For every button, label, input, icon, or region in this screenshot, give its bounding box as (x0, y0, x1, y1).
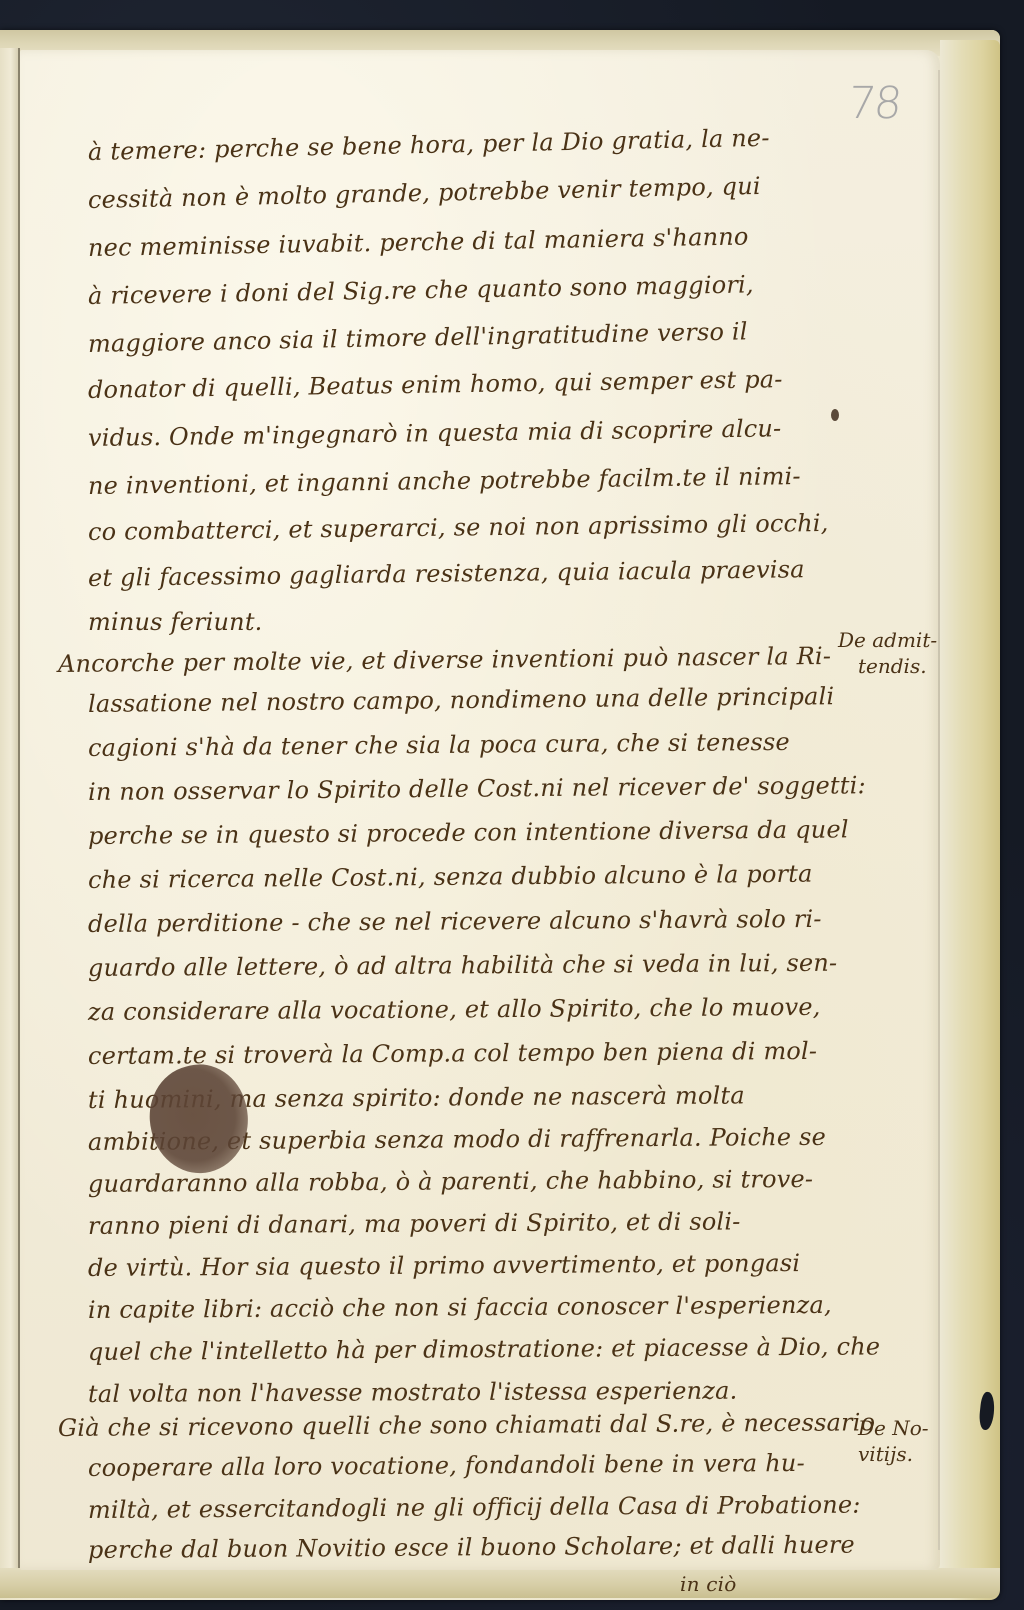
catchword: in ciò (680, 1572, 736, 1596)
margin-note: tendis. (858, 654, 927, 678)
text-line: Già che si ricevono quelli che sono chia… (58, 1408, 875, 1442)
facing-page-edge (0, 48, 20, 1568)
folio-number: 78 (845, 78, 902, 129)
text-line: perche dal buon Novitio esce il buono Sc… (88, 1531, 855, 1564)
text-line: de virtù. Hor sia questo il primo avvert… (88, 1249, 800, 1282)
text-line: in capite libri: acciò che non si faccia… (88, 1291, 832, 1324)
margin-note: De admit- (838, 628, 937, 652)
margin-note: De No- (858, 1416, 929, 1440)
manuscript-scene: 78 à temere: perche se bene hora, per la… (0, 0, 1024, 1610)
text-line: za considerare alla vocatione, et allo S… (88, 993, 821, 1026)
text-line: guardo alle lettere, ò ad altra habilità… (88, 949, 838, 982)
text-line: tal volta non l'havesse mostrato l'istes… (88, 1377, 738, 1408)
text-line: cooperare alla loro vocatione, fondandol… (88, 1449, 805, 1482)
text-line: miltà, et essercitandogli ne gli officij… (88, 1491, 861, 1524)
text-line: quel che l'intelletto hà per dimostratio… (88, 1332, 880, 1366)
ink-dot (831, 409, 839, 421)
text-line: della perditione - che se nel ricevere a… (88, 905, 822, 938)
text-line: minus feriunt. (88, 608, 263, 636)
vellum-cover-right-edge (940, 40, 1000, 1585)
vellum-cover-bottom-edge (0, 1568, 1000, 1598)
page-edge-line (938, 70, 940, 1550)
margin-note: vitijs. (858, 1442, 913, 1466)
text-line: ranno pieni di danari, ma poveri di Spir… (88, 1207, 741, 1240)
